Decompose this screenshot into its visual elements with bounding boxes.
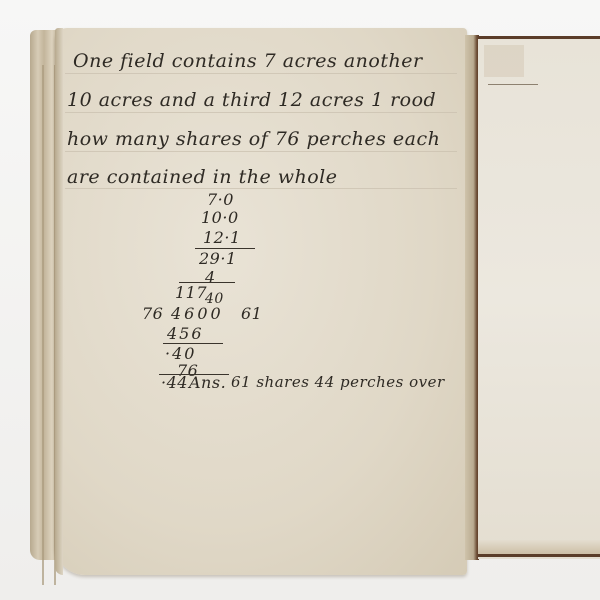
sum: 29·1 <box>199 249 237 268</box>
subtract-1: 456 <box>167 324 204 343</box>
problem-line-1: One field contains 7 acres another <box>73 50 423 72</box>
addend-2: 10·0 <box>201 208 239 227</box>
answer-label: Ans. <box>189 373 226 392</box>
right-page <box>478 36 600 559</box>
problem-line-2: 10 acres and a third 12 acres 1 rood <box>67 89 436 111</box>
cover-edge <box>478 540 600 557</box>
page-edge <box>42 65 44 585</box>
ruled-line <box>65 188 457 189</box>
problem-line-3: how many shares of 76 perches each <box>67 128 440 150</box>
roods-total: 117 <box>175 283 207 302</box>
pencil-mark <box>488 84 538 85</box>
divisor: 76 <box>142 304 163 323</box>
left-page: One field contains 7 acres another 10 ac… <box>55 28 467 575</box>
addend-3: 12·1 <box>203 228 241 247</box>
ruled-line <box>65 151 457 152</box>
problem-line-4: are contained in the whole <box>67 166 338 188</box>
ruled-line <box>65 112 457 113</box>
paper-stain <box>484 45 524 77</box>
dividend: 4600 <box>171 304 224 323</box>
ruled-line <box>65 73 457 74</box>
addend-1: 7·0 <box>207 190 234 209</box>
book-gutter <box>465 35 479 560</box>
final-remainder: ·44 <box>161 373 188 392</box>
answer-text: 61 shares 44 perches over <box>231 373 445 391</box>
quotient: 61 <box>241 304 262 323</box>
